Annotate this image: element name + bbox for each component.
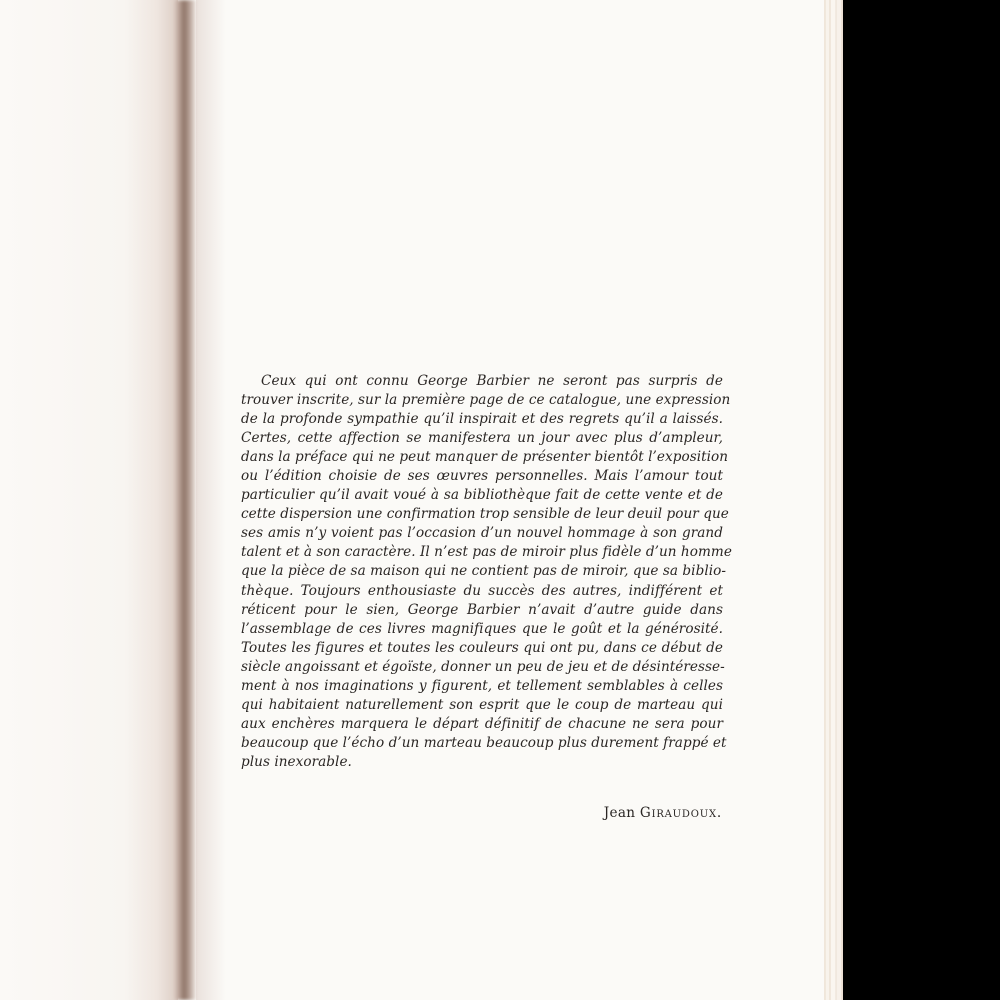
text-line: ment à nos imaginations y figurent, et t… [241,677,723,696]
text-line: siècle angoissant et égoïste, donner un … [241,658,723,677]
text-line: qui habitaient naturellement son esprit … [241,696,723,715]
text-line: particulier qu’il avait voué à sa biblio… [241,486,723,505]
text-line: Ceux qui ont connu George Barbier ne ser… [241,372,723,391]
book-left-page-edge [0,0,178,1000]
preface-text: Ceux qui ont connu George Barbier ne ser… [241,372,723,772]
text-line: aux enchères marquera le départ définiti… [241,715,723,734]
text-line: Toutes les figures et toutes les couleur… [241,639,723,658]
text-line: talent et à son caractère. Il n’est pas … [241,543,723,562]
text-line: ou l’édition choisie de ses œuvres perso… [241,467,723,486]
text-line: Certes, cette affection se manifestera u… [241,429,723,448]
text-line: que la pièce de sa maison qui ne contien… [241,562,723,581]
text-line: l’assemblage de ces livres magnifiques q… [241,620,723,639]
text-line: beaucoup que l’écho d’un marteau beaucou… [241,734,723,753]
author-signature: Jean Giraudoux. [604,805,722,821]
book-gutter-shadow [172,0,196,1000]
text-line: réticent pour le sien, George Barbier n’… [241,601,723,620]
text-line: dans la préface qui ne peut manquer de p… [241,448,723,467]
text-line: ses amis n’y voient pas l’occasion d’un … [241,524,723,543]
text-line: cette dispersion une confirmation trop s… [241,505,723,524]
signature-last-name: Giraudoux. [640,805,722,821]
gutter-soft-shadow [196,0,226,1000]
text-line: plus inexorable. [241,753,723,772]
text-line: trouver inscrite, sur la première page d… [241,391,723,410]
signature-first-name: Jean [604,805,636,821]
text-line: thèque. Toujours enthousiaste du succès … [241,582,723,601]
text-line: de la profonde sympathie qu’il inspirait… [241,410,723,429]
page-stack-edge [824,0,843,1000]
